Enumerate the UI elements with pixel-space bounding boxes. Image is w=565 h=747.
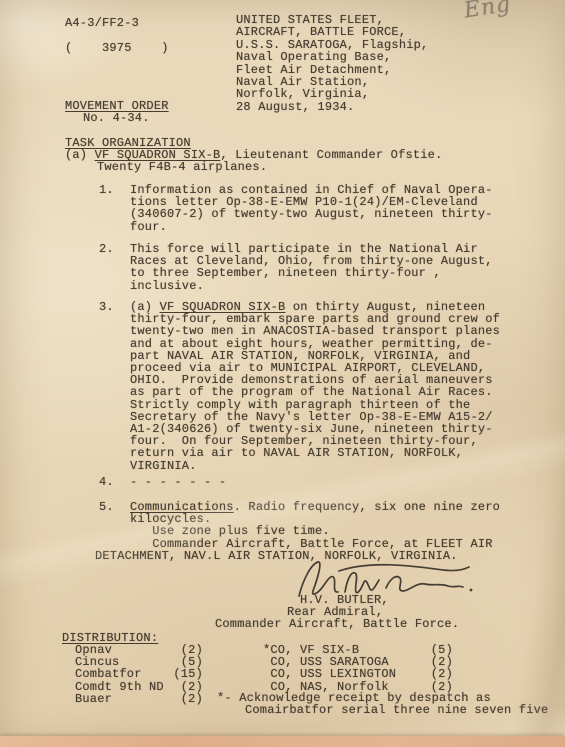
paragraph-line: return via air to NAVAL AIR STATION, NOR… [130,447,500,459]
distribution-copy-count: (2) [431,668,453,680]
letterhead: UNITED STATES FLEET,AIRCRAFT, BATTLE FOR… [236,14,428,113]
serial-number: ( 3975 ) [65,42,169,54]
paragraph-line: VIRGINIA. [130,460,500,472]
distribution-addressee: CO, USS LEXINGTON [263,668,396,680]
handwritten-note: Eng [463,0,512,18]
signer-title: Commander Aircraft, Battle Force. [215,618,459,630]
distribution-row: Comdt 9th ND(2) [75,681,203,693]
paragraph-number: 4. [99,476,130,488]
distribution-addressee: Combatfor [75,668,142,680]
paragraph-line: Use zone plus five time. [130,525,500,537]
distribution-row: Buaer(2) [75,693,203,705]
task-item-label: (a) [65,148,95,162]
paragraph-body: Information as contained in Chief of Nav… [130,184,493,233]
paragraph-line: four. [130,221,493,233]
numbered-paragraph: 2.This force will participate in the Nat… [99,243,493,292]
paragraph-number: 2. [99,243,130,292]
paragraph-line: Strictly comply with paragraph thirteen … [130,399,500,411]
letterhead-line: Naval Operating Base, [236,51,428,63]
paragraph-number: 3. [99,301,130,472]
distribution-copy-count: (2) [181,693,203,705]
paragraph-line: as part of the program of the National A… [130,386,500,398]
numbered-paragraph: 3.(a) VF SQUADRON SIX-B on thirty August… [99,301,500,472]
paragraph-line: (340607-2) of twenty-two August, ninetee… [130,208,493,220]
numbered-paragraph: 4.- - - - - - - [99,476,226,488]
paragraph-line: twenty-two men in ANACOSTIA-based transp… [130,325,500,337]
task-organization-detail: Twenty F4B-4 airplanes. [97,161,267,173]
distribution-copy-count: (2) [181,681,203,693]
distribution-row: CO, USS LEXINGTON(2) [263,668,453,680]
letterhead-line: Norfolk, Virginia, [236,88,428,100]
paragraph-line: to three September, nineteen thirty-four… [130,267,493,279]
letterhead-line: AIRCRAFT, BATTLE FORCE, [236,26,428,38]
order-number: No. 4-34. [83,112,150,124]
document-page: Eng A4-3/FF2-3 ( 3975 ) UNITED STATES FL… [0,0,565,747]
distribution-copy-count: (15) [173,668,203,680]
distribution-addressee: Comdt 9th ND [75,681,164,693]
paper-bottom-edge [0,736,565,747]
paragraph-line: inclusive. [130,280,493,292]
distribution-row: Combatfor(15) [75,668,203,680]
paragraph-body: Communications. Radio frequency, six one… [130,501,500,562]
paragraph-line: - - - - - - - [130,476,226,488]
distribution-addressee: Buaer [75,693,112,705]
paragraph-line: Commander Aircraft, Battle Force, at FLE… [130,538,500,550]
numbered-paragraph: 5.Communications. Radio frequency, six o… [99,501,500,562]
numbered-paragraph: 1.Information as contained in Chief of N… [99,184,493,233]
distribution-right-column: *CO, VF SIX-B(5)CO, USS SARATOGA(2)CO, U… [263,644,453,693]
paragraph-line: and at about eight hours, weather permit… [130,338,500,350]
distribution-left-column: Opnav(2)Cincus(5)Combatfor(15)Comdt 9th … [75,644,203,705]
paragraph-number: 1. [99,184,130,233]
paragraph-body: (a) VF SQUADRON SIX-B on thirty August, … [130,301,500,472]
reference-number: A4-3/FF2-3 [65,17,139,29]
paragraph-body: This force will participate in the Natio… [130,243,493,292]
paragraph-body: - - - - - - - [130,476,226,488]
letterhead-line: 28 August, 1934. [236,101,428,113]
distribution-footnote-continued: Comairbatfor serial three nine seven fiv… [245,704,548,716]
